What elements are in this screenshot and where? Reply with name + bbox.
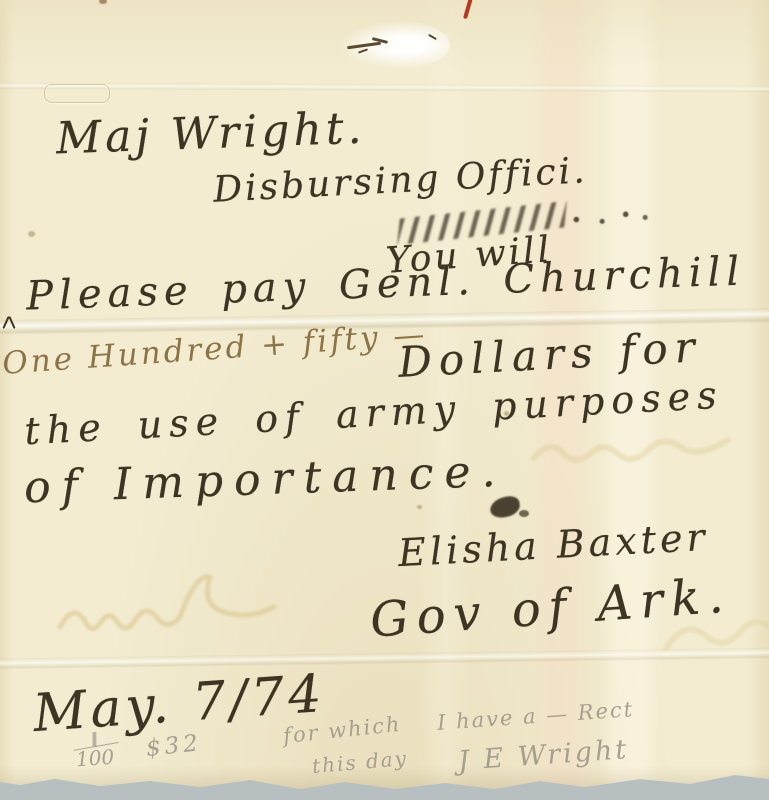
fold-crease-top (0, 82, 769, 92)
letter-paper: 100 $32 for which this day I have a — Re… (0, 0, 769, 800)
red-ink-mark (463, 0, 472, 19)
scanned-letter-page: { "scan": { "background_color": "#b7bfc0… (0, 0, 769, 800)
insertion-caret-mark (2, 316, 16, 330)
torn-edge-shading (0, 766, 769, 792)
foxing-spot (417, 505, 422, 509)
foxing-spot (504, 411, 509, 416)
ink-smudge-dots (569, 207, 650, 231)
foxing-spot (28, 231, 35, 237)
ink-bleed-through-left (52, 565, 282, 655)
letter-recipient-title-line: Disbursing Offici. (212, 153, 588, 209)
ink-blot (488, 495, 521, 520)
ink-blot-small (519, 510, 529, 517)
pencil-figure-2: $32 (145, 732, 203, 761)
letter-body-line-importance: of Importance. (23, 450, 507, 511)
foxing-spot (99, 0, 107, 4)
ink-bleed-through-right (528, 418, 738, 488)
embossed-stamp (44, 84, 110, 103)
letter-body-line-please-pay: Please pay Genl. Churchill (26, 251, 746, 316)
letter-recipient-line: Maj Wright. (55, 107, 366, 162)
letter-signature-name: Elisha Baxter (397, 518, 709, 572)
pencil-note-receipt: I have a — Rect (437, 699, 635, 734)
